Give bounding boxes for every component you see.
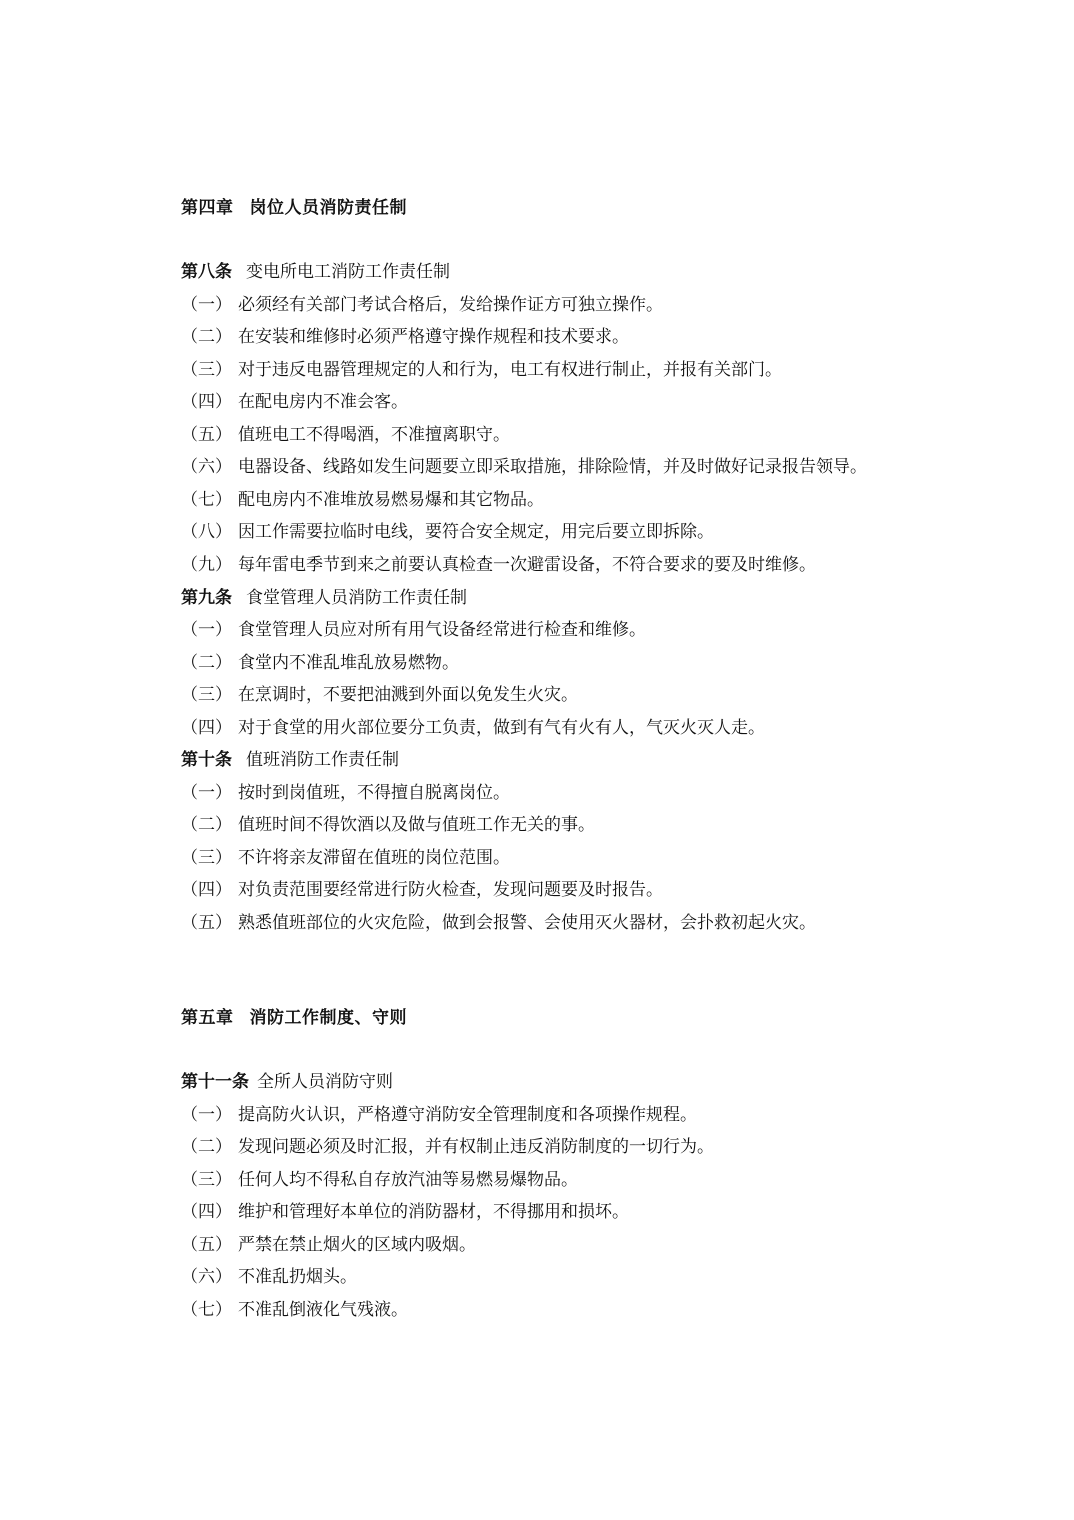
list-item: （四）在配电房内不准会客。 [181,390,408,414]
article-heading: 第九条食堂管理人员消防工作责任制 [181,586,467,610]
list-item: （二）在安装和维修时必须严格遵守操作规程和技术要求。 [181,325,629,349]
list-item: （二）发现问题必须及时汇报，并有权制止违反消防制度的一切行为。 [181,1135,714,1159]
list-item: （六）电器设备、线路如发生问题要立即采取措施，排除险情，并及时做好记录报告领导。 [181,455,867,479]
item-text: 配电房内不准堆放易燃易爆和其它物品。 [238,490,544,510]
item-marker: （一） [181,1103,238,1127]
item-marker: （六） [181,1265,238,1289]
list-item: （一）必须经有关部门考试合格后，发给操作证方可独立操作。 [181,293,663,317]
article-heading: 第十一条全所人员消防守则 [181,1070,393,1094]
list-item: （四）对于食堂的用火部位要分工负责，做到有气有火有人，气灭火灭人走。 [181,716,765,740]
list-item: （三）对于违反电器管理规定的人和行为，电工有权进行制止，并报有关部门。 [181,358,782,382]
chapter-heading: 第五章消防工作制度、守则 [181,1006,407,1030]
item-text: 对负责范围要经常进行防火检查，发现问题要及时报告。 [238,880,663,900]
list-item: （三）任何人均不得私自存放汽油等易燃易爆物品。 [181,1168,578,1192]
item-marker: （八） [181,520,238,544]
item-marker: （四） [181,878,238,902]
item-text: 值班电工不得喝酒，不准擅离职守。 [238,425,510,445]
item-text: 不许将亲友滞留在值班的岗位范围。 [238,848,510,868]
article-title: 值班消防工作责任制 [246,750,399,770]
item-text: 食堂内不准乱堆乱放易燃物。 [238,653,459,673]
item-marker: （二） [181,1135,238,1159]
item-text: 维护和管理好本单位的消防器材，不得挪用和损坏。 [238,1202,629,1222]
item-text: 按时到岗值班，不得擅自脱离岗位。 [238,783,510,803]
chapter-title: 消防工作制度、守则 [250,1008,408,1028]
item-marker: （一） [181,293,238,317]
item-marker: （五） [181,1233,238,1257]
item-text: 在配电房内不准会客。 [238,392,408,412]
item-marker: （六） [181,455,238,479]
article-title: 变电所电工消防工作责任制 [246,262,450,282]
list-item: （二）食堂内不准乱堆乱放易燃物。 [181,651,459,675]
article-number: 第八条 [181,262,232,282]
list-item: （四）对负责范围要经常进行防火检查，发现问题要及时报告。 [181,878,663,902]
article-heading: 第十条值班消防工作责任制 [181,748,399,772]
item-marker: （三） [181,846,238,870]
item-text: 食堂管理人员应对所有用气设备经常进行检查和维修。 [238,620,646,640]
list-item: （五）值班电工不得喝酒，不准擅离职守。 [181,423,510,447]
list-item: （七）不准乱倒液化气残液。 [181,1298,408,1322]
list-item: （五）熟悉值班部位的火灾危险，做到会报警、会使用灭火器材，会扑救初起火灾。 [181,911,816,935]
item-text: 严禁在禁止烟火的区域内吸烟。 [238,1235,476,1255]
chapter-title: 岗位人员消防责任制 [250,198,408,218]
list-item: （一）按时到岗值班，不得擅自脱离岗位。 [181,781,510,805]
list-item: （三）在烹调时，不要把油溅到外面以免发生火灾。 [181,683,578,707]
item-text: 必须经有关部门考试合格后，发给操作证方可独立操作。 [238,295,663,315]
item-marker: （一） [181,618,238,642]
item-marker: （七） [181,488,238,512]
list-item: （五）严禁在禁止烟火的区域内吸烟。 [181,1233,476,1257]
item-text: 熟悉值班部位的火灾危险，做到会报警、会使用灭火器材，会扑救初起火灾。 [238,913,816,933]
article-number: 第九条 [181,588,232,608]
list-item: （一）食堂管理人员应对所有用气设备经常进行检查和维修。 [181,618,646,642]
item-marker: （四） [181,716,238,740]
list-item: （九）每年雷电季节到来之前要认真检查一次避雷设备，不符合要求的要及时维修。 [181,553,816,577]
item-marker: （五） [181,423,238,447]
list-item: （四）维护和管理好本单位的消防器材，不得挪用和损坏。 [181,1200,629,1224]
item-text: 发现问题必须及时汇报，并有权制止违反消防制度的一切行为。 [238,1137,714,1157]
item-marker: （二） [181,651,238,675]
article-title: 全所人员消防守则 [257,1072,393,1092]
item-text: 因工作需要拉临时电线，要符合安全规定，用完后要立即拆除。 [238,522,714,542]
item-text: 在安装和维修时必须严格遵守操作规程和技术要求。 [238,327,629,347]
item-text: 在烹调时，不要把油溅到外面以免发生火灾。 [238,685,578,705]
article-number: 第十一条 [181,1072,249,1092]
item-text: 不准乱扔烟头。 [238,1267,357,1287]
item-marker: （五） [181,911,238,935]
item-marker: （二） [181,325,238,349]
list-item: （二）值班时间不得饮酒以及做与值班工作无关的事。 [181,813,595,837]
item-text: 提高防火认识，严格遵守消防安全管理制度和各项操作规程。 [238,1105,697,1125]
item-text: 不准乱倒液化气残液。 [238,1300,408,1320]
list-item: （三）不许将亲友滞留在值班的岗位范围。 [181,846,510,870]
item-marker: （三） [181,358,238,382]
list-item: （八）因工作需要拉临时电线，要符合安全规定，用完后要立即拆除。 [181,520,714,544]
item-marker: （二） [181,813,238,837]
item-text: 电器设备、线路如发生问题要立即采取措施，排除险情，并及时做好记录报告领导。 [238,457,867,477]
item-text: 对于食堂的用火部位要分工负责，做到有气有火有人，气灭火灭人走。 [238,718,765,738]
item-marker: （四） [181,1200,238,1224]
chapter-number: 第五章 [181,1008,234,1028]
item-marker: （四） [181,390,238,414]
chapter-heading: 第四章岗位人员消防责任制 [181,196,407,220]
list-item: （七）配电房内不准堆放易燃易爆和其它物品。 [181,488,544,512]
article-number: 第十条 [181,750,232,770]
article-title: 食堂管理人员消防工作责任制 [246,588,467,608]
item-text: 对于违反电器管理规定的人和行为，电工有权进行制止，并报有关部门。 [238,360,782,380]
item-text: 值班时间不得饮酒以及做与值班工作无关的事。 [238,815,595,835]
list-item: （一）提高防火认识，严格遵守消防安全管理制度和各项操作规程。 [181,1103,697,1127]
item-marker: （三） [181,1168,238,1192]
article-heading: 第八条变电所电工消防工作责任制 [181,260,450,284]
item-marker: （三） [181,683,238,707]
chapter-number: 第四章 [181,198,234,218]
list-item: （六）不准乱扔烟头。 [181,1265,357,1289]
item-text: 任何人均不得私自存放汽油等易燃易爆物品。 [238,1170,578,1190]
item-marker: （七） [181,1298,238,1322]
item-marker: （一） [181,781,238,805]
item-text: 每年雷电季节到来之前要认真检查一次避雷设备，不符合要求的要及时维修。 [238,555,816,575]
item-marker: （九） [181,553,238,577]
